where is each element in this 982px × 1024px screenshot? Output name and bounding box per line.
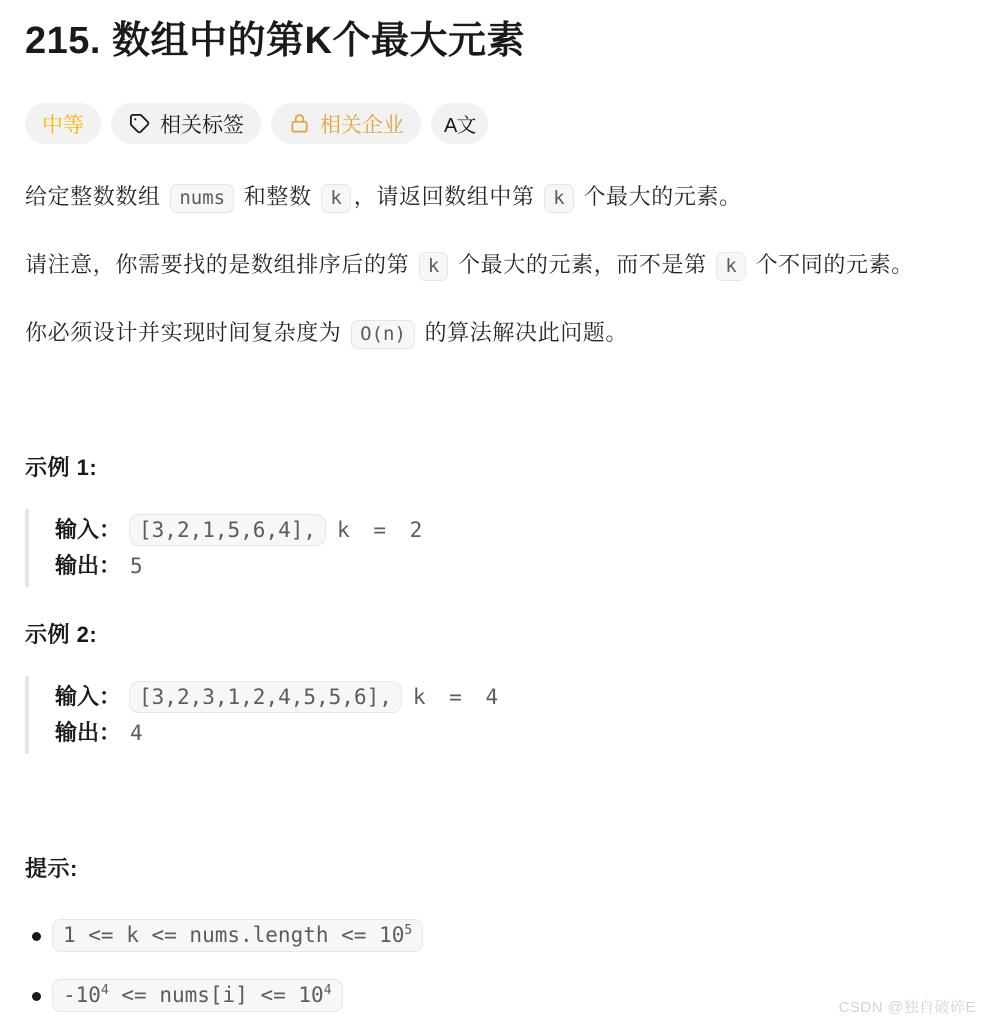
example-1-input-line: 输入：[3,2,1,5,6,4],k = 2: [55, 512, 967, 548]
related-tags-label: 相关标签: [160, 109, 244, 139]
superscript: 4: [101, 983, 109, 998]
example-2-output-line: 输出：4: [55, 715, 967, 751]
example-2-output-value: 4: [130, 721, 143, 745]
badge-row: 中等 相关标签 相关企业 A文: [25, 103, 967, 144]
example-1-heading: 示例 1:: [25, 456, 967, 480]
output-label: 输出：: [55, 720, 121, 745]
description-paragraph-3: 你必须设计并实现时间复杂度为 O(n) 的算法解决此问题。: [25, 319, 967, 349]
constraints-list: 1 <= k <= nums.length <= 105 -104 <= num…: [25, 919, 967, 1012]
constraint-code-2: -104 <= nums[i] <= 104: [52, 979, 343, 1012]
problem-description: 给定整数数组 nums 和整数 k，请返回数组中第 k 个最大的元素。 请注意，…: [25, 183, 967, 349]
example-2-heading: 示例 2:: [25, 623, 967, 647]
tag-icon: [128, 112, 151, 135]
example-1-block: 输入：[3,2,1,5,6,4],k = 2 输出：5: [25, 509, 967, 587]
hints-heading: 提示:: [25, 857, 967, 881]
superscript: 4: [324, 983, 332, 998]
constraint-item-1: 1 <= k <= nums.length <= 105: [25, 919, 967, 952]
lock-icon: [288, 112, 311, 135]
inline-code: k: [544, 184, 573, 213]
example-2-input-tail: k = 4: [413, 685, 498, 709]
problem-page: 215. 数组中的第K个最大元素 中等 相关标签 相关企业: [0, 17, 982, 1012]
difficulty-label: 中等: [42, 109, 84, 139]
inline-code: k: [419, 252, 448, 281]
description-paragraph-2: 请注意，你需要找的是数组排序后的第 k 个最大的元素，而不是第 k 个不同的元素…: [25, 251, 967, 281]
inline-code: nums: [170, 184, 234, 213]
related-tags-button[interactable]: 相关标签: [111, 103, 261, 144]
output-label: 输出：: [55, 553, 121, 578]
translate-icon: A文: [444, 109, 475, 138]
example-2-input-line: 输入：[3,2,3,1,2,4,5,5,6],k = 4: [55, 679, 967, 715]
input-label: 输入：: [55, 684, 121, 709]
description-paragraph-1: 给定整数数组 nums 和整数 k，请返回数组中第 k 个最大的元素。: [25, 183, 967, 213]
inline-code: k: [321, 184, 350, 213]
related-companies-label: 相关企业: [320, 109, 404, 139]
example-2-input-code: [3,2,3,1,2,4,5,5,6],: [129, 681, 402, 713]
watermark: CSDN @独自破碎E: [839, 996, 976, 1017]
example-2-block: 输入：[3,2,3,1,2,4,5,5,6],k = 4 输出：4: [25, 676, 967, 754]
inline-code: k: [716, 252, 745, 281]
difficulty-badge[interactable]: 中等: [25, 103, 101, 144]
constraint-item-2: -104 <= nums[i] <= 104: [25, 979, 967, 1012]
related-companies-button[interactable]: 相关企业: [271, 103, 421, 144]
example-1-input-tail: k = 2: [337, 518, 422, 542]
example-1-output-value: 5: [130, 554, 143, 578]
superscript: 5: [404, 923, 412, 938]
inline-code: O(n): [351, 320, 415, 349]
example-1-output-line: 输出：5: [55, 548, 967, 584]
input-label: 输入：: [55, 517, 121, 542]
page-title: 215. 数组中的第K个最大元素: [25, 17, 967, 65]
translate-button[interactable]: A文: [431, 103, 488, 144]
constraint-code-1: 1 <= k <= nums.length <= 105: [52, 919, 423, 952]
example-1-input-code: [3,2,1,5,6,4],: [129, 514, 326, 546]
